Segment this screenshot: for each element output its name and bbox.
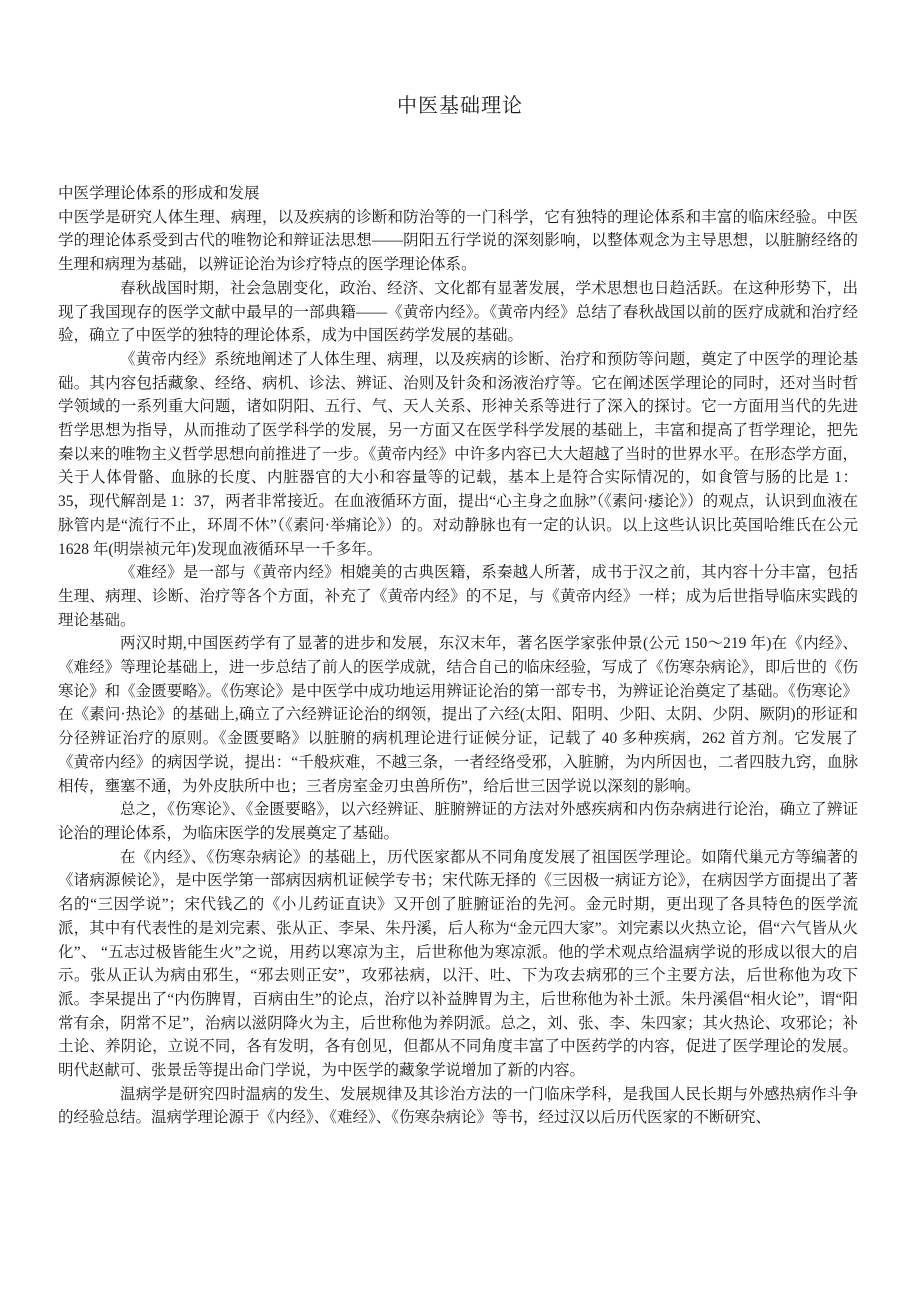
document-body: 中医学理论体系的形成和发展 中医学是研究人体生理、病理，以及疾病的诊断和防治等的…	[58, 182, 858, 1130]
paragraph: 春秋战国时期，社会急剧变化，政治、经济、文化都有显著发展，学术思想也日趋活跃。在…	[58, 277, 858, 348]
paragraph: 《难经》是一部与《黄帝内经》相媲美的古典医籍，系秦越人所著，成书于汉之前，其内容…	[58, 561, 858, 632]
paragraph: 中医学是研究人体生理、病理，以及疾病的诊断和防治等的一门科学，它有独特的理论体系…	[58, 206, 858, 277]
section-heading: 中医学理论体系的形成和发展	[58, 182, 858, 206]
paragraph: 总之，《伤寒论》、《金匮要略》，以六经辨证、脏腑辨证的方法对外感疾病和内伤杂病进…	[58, 798, 858, 845]
paragraph: 温病学是研究四时温病的发生、发展规律及其诊治方法的一门临床学科，是我国人民长期与…	[58, 1083, 858, 1130]
paragraph: 在《内经》、《伤寒杂病论》的基础上，历代医家都从不同角度发展了祖国医学理论。如隋…	[58, 846, 858, 1083]
paragraph: 两汉时期,中国医药学有了显著的进步和发展，东汉末年，著名医学家张仲景(公元 15…	[58, 632, 858, 798]
document-page: 中医基础理论 中医学理论体系的形成和发展 中医学是研究人体生理、病理，以及疾病的…	[0, 0, 920, 1302]
paragraph: 《黄帝内经》系统地阐述了人体生理、病理，以及疾病的诊断、治疗和预防等问题，奠定了…	[58, 348, 858, 561]
document-title: 中医基础理论	[0, 0, 920, 118]
